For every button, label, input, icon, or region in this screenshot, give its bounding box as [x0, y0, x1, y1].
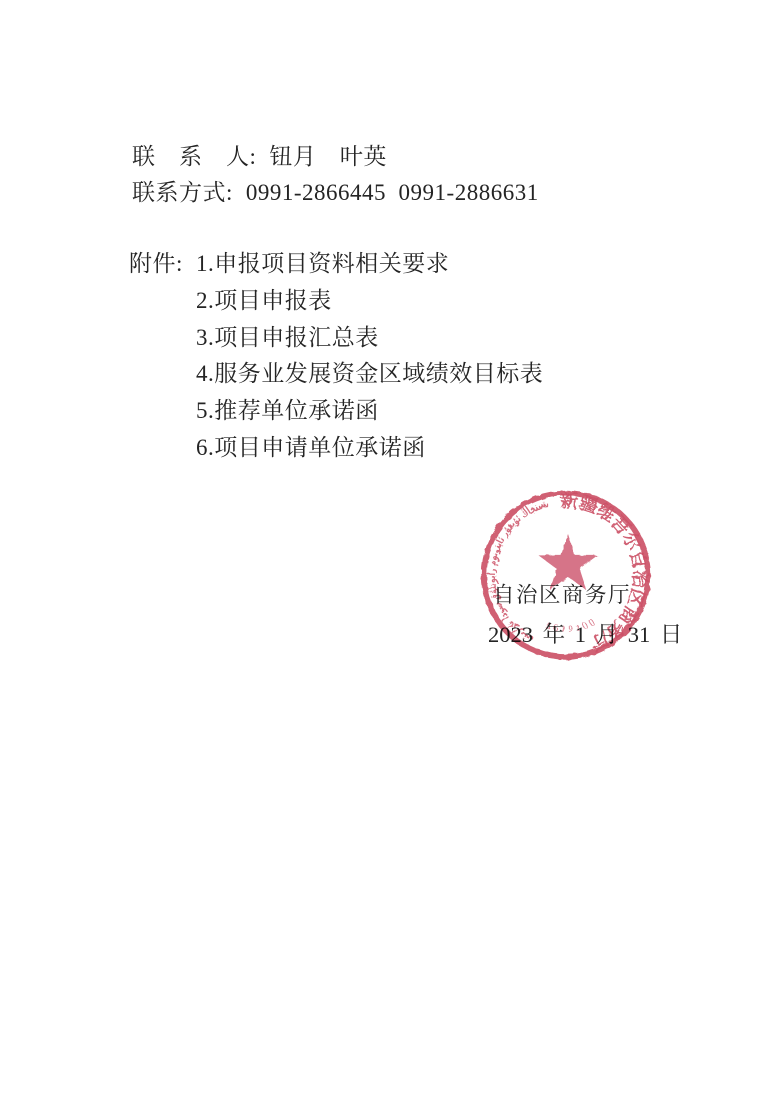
contact-method-value: 0991-2866445 0991-2886631 — [246, 180, 539, 205]
contact-person-line: 联 系 人:钮月 叶英 — [132, 145, 387, 168]
attachment-item: 2.项目申报表 — [196, 289, 543, 312]
contact-person-label: 联 系 人: — [132, 144, 256, 169]
contact-method-label: 联系方式: — [132, 180, 233, 205]
svg-text:5619100748: 5619100748 — [471, 480, 599, 635]
contact-method-line: 联系方式:0991-2866445 0991-2886631 — [132, 181, 539, 204]
signature-date: 2023 年 1 月 31 日 — [488, 624, 682, 647]
seal-star-icon — [539, 534, 598, 590]
attachment-item: 4.服务业发展资金区域绩效目标表 — [196, 362, 543, 385]
contact-person-value: 钮月 叶英 — [269, 144, 387, 169]
document-page: 联 系 人:钮月 叶英 联系方式:0991-2866445 0991-28866… — [0, 0, 770, 1099]
attachments-label: 附件: — [129, 252, 183, 275]
attachment-item: 5.推荐单位承诺函 — [196, 399, 543, 422]
attachment-item: 6.项目申请单位承诺函 — [196, 436, 543, 459]
attachment-item: 3.项目申报汇总表 — [196, 326, 543, 349]
attachments-list: 1.申报项目资料相关要求 2.项目申报表 3.项目申报汇总表 4.服务业发展资金… — [196, 252, 543, 459]
signature-department: 自治区商务厅 — [493, 585, 631, 607]
attachment-item: 1.申报项目资料相关要求 — [196, 252, 543, 275]
seal-serial-number: 5619100748 — [471, 480, 599, 635]
